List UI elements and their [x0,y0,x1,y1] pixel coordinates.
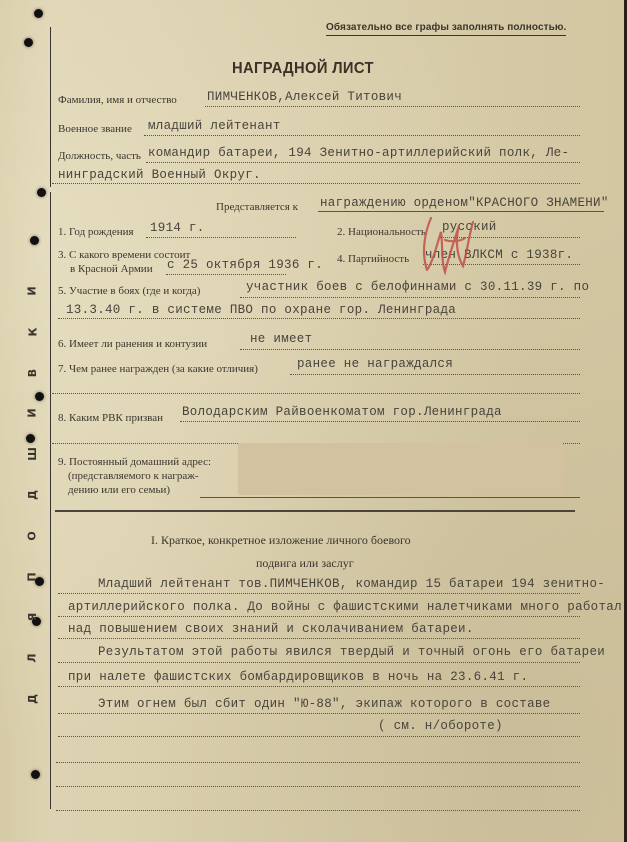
nominated-value: награждению орденом"КРАСНОГО ЗНАМЕНИ" [320,196,609,210]
margin-letter: Я [27,613,39,621]
margin-letter: И [27,409,39,418]
position-label: Должность, часть [58,150,141,162]
narrative-line: Младший лейтенант тов.ПИМЧЕНКОВ, команди… [98,577,605,591]
full-name-label: Фамилия, имя и отчество [58,94,177,106]
fill-line [146,237,296,238]
narrative-line: Результатом этой работы явился твердый и… [98,645,605,659]
margin-letter: О [27,531,39,540]
birth-year-value: 1914 г. [150,221,205,235]
fill-line [166,274,286,275]
address-label-3: дению или его семьи) [68,484,170,496]
full-name-value: ПИМЧЕНКОВ,Алексей Титович [207,90,402,104]
fill-line [290,374,580,375]
nominated-label: Представляется к [216,201,298,213]
narrative-continued: ( см. н/обороте) [378,719,503,733]
fill-line [200,497,580,498]
margin-rule-bottom [50,192,51,809]
address-label-1: 9. Постоянный домашний адрес: [58,456,211,468]
margin-letter: П [27,572,39,581]
fill-line [56,810,580,811]
redacted-address [238,443,563,495]
fill-line [240,349,580,350]
fill-line [205,106,580,107]
wounds-value: не имеет [250,332,312,346]
rank-value: младший лейтенант [148,119,281,133]
fill-line [56,762,580,763]
margin-letter: Д [27,490,39,500]
section-divider [55,510,575,512]
red-pencil-mark-icon [415,212,485,277]
nationality-label: 2. Национальность [337,226,426,238]
fill-line [58,616,580,617]
narrative-line: при налете фашистских бомбардировщиков в… [68,670,528,684]
punch-hole [31,770,40,779]
margin-letter: Л [27,654,39,663]
margin-filing-text: Д Л Я П О Д Ш И В К И [26,285,40,705]
fill-line [52,393,580,394]
narrative-line: артиллерийского полка. До войны с фашист… [68,600,622,614]
narrative-line: Этим огнем был сбит один "Ю-88", экипаж … [98,697,550,711]
fill-line [52,183,580,184]
army-since-value: с 25 октября 1936 г. [167,258,323,272]
margin-rule-top [50,27,51,187]
narrative-line: над повышением своих знаний и сколачиван… [68,622,474,636]
punch-hole [37,188,46,197]
battles-value-line1: участник боев с белофиннами с 30.11.39 г… [246,280,589,294]
fill-line [58,736,580,737]
battles-value-line2: 13.3.40 г. в системе ПВО по охране гор. … [66,303,456,317]
margin-letter: Д [27,694,39,704]
header-instruction: Обязательно все графы заполнять полность… [326,22,566,36]
party-label: 4. Партийность [337,253,409,265]
rank-label: Военное звание [58,123,132,135]
fill-line [144,135,580,136]
address-label-2: (представляемого к награж- [68,470,199,482]
battles-label: 5. Участие в боях (где и когда) [58,285,200,297]
fill-line [58,662,580,663]
fill-line [146,162,580,163]
margin-letter: В [27,368,39,376]
wounds-label: 6. Имеет ли ранения и контузии [58,338,207,350]
punch-hole [30,236,39,245]
prior-awards-label: 7. Чем ранее награжден (за какие отличия… [58,363,258,375]
margin-letter: Ш [27,447,39,461]
rvk-value: Володарским Райвоенкоматом гор.Ленинград… [182,405,502,419]
fill-line [58,713,580,714]
section1-title-line1: I. Краткое, конкретное изложение личного… [151,533,411,548]
punch-hole [24,38,33,47]
fill-line [56,786,580,787]
section1-title-line2: подвига или заслуг [256,556,354,571]
birth-year-label: 1. Год рождения [58,226,134,238]
position-value-line1: командир батареи, 194 Зенитно-артиллерий… [148,146,569,160]
margin-letter: К [27,327,39,336]
army-since-label-2: в Красной Армии [70,263,153,275]
fill-line [180,421,580,422]
fill-line [58,638,580,639]
document-title: НАГРАДНОЙ ЛИСТ [232,60,374,78]
fill-line [58,593,580,594]
rvk-label: 8. Каким РВК призван [58,412,163,424]
margin-letter: И [27,286,39,295]
fill-line [58,686,580,687]
fill-line [58,318,580,319]
punch-hole [34,9,43,18]
prior-awards-value: ранее не награждался [297,357,453,371]
fill-line [240,297,580,298]
position-value-line2: нинградский Военный Округ. [58,168,261,182]
